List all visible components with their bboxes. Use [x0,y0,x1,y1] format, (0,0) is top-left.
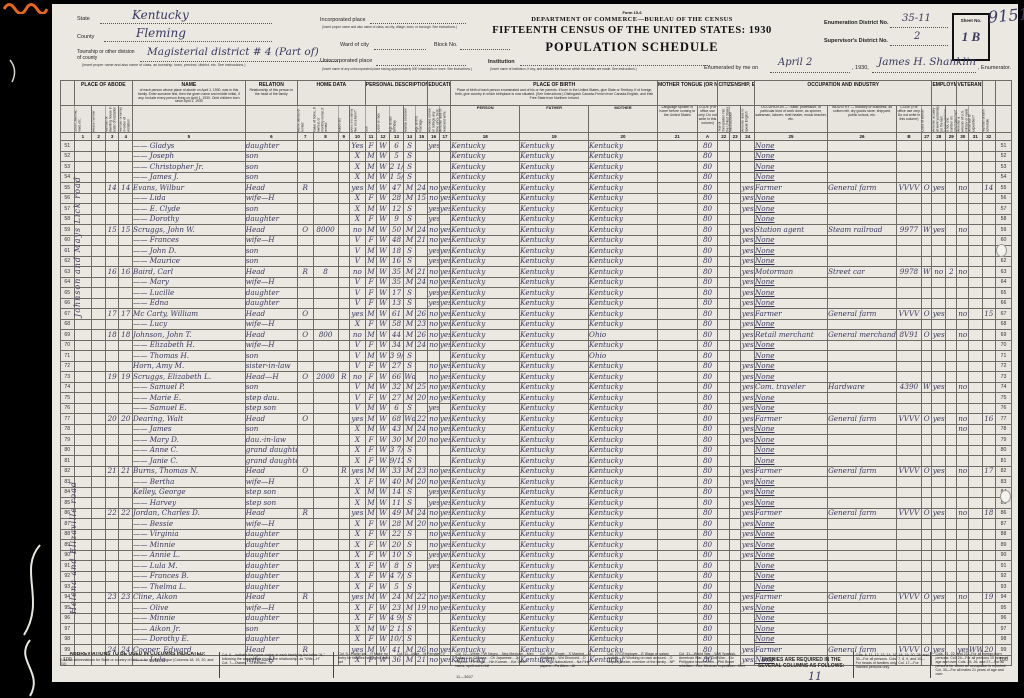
cell-race: W [377,540,390,551]
cell-age: 61 [389,309,404,320]
cell-emp [932,351,946,362]
cell-race: W [377,172,390,183]
cell-sch: yes [428,141,439,152]
scan-artifact-squiggles [0,0,52,698]
cell-hn [92,183,106,194]
cell-tong [657,256,697,267]
cell-occ: Farmer [755,414,828,425]
cell-codea: 80 [697,519,718,530]
cell-sch: yes [428,204,439,215]
cell-war [968,351,982,362]
cell-race: W [377,424,390,435]
cell-codea: 80 [697,403,718,414]
cell-codeb: VVVV [896,592,921,603]
column-subhead [133,106,246,133]
cell-vet: no [957,309,968,320]
cell-afm: 20 [415,435,428,446]
cell-sex: M [365,424,376,435]
cell-sex: F [365,561,376,572]
cell-mar: M [404,319,415,330]
cell-war [968,508,982,519]
table-row: 81—— Janie C.grand daughterXFW9/12SKentu… [61,456,1012,467]
column-number: 2 [92,133,106,141]
cell-fsn [982,571,996,582]
cell-dw: 22 [105,508,119,519]
cell-fsn [982,214,996,225]
cell-hn [92,603,106,614]
cell-cls: W [921,382,931,393]
cell-fm: X [350,519,366,530]
cell-afm: 24 [415,424,428,435]
cell-war [968,235,982,246]
cell-fam [119,256,133,267]
sheet-header: State Kentucky County Fleming Township o… [52,4,1018,80]
cell-occ: None [755,550,828,561]
table-row: 551414Evans, WilburHeadRyesMW47M24noyesK… [61,183,1012,194]
cell-eng: yes [741,309,755,320]
cell-pob: Kentucky [451,235,520,246]
column-group: OCCUPATION AND INDUSTRY [755,81,932,106]
cell-emp2 [946,550,957,561]
cell-war [968,246,982,257]
cell-hn [92,456,106,467]
column-subhead: CODE (For office use only. Do not write … [896,106,921,133]
cell-own: O [297,372,313,383]
cell-vet: no [957,183,968,194]
column-group: EDUCATION [428,81,451,106]
cell-codea: 80 [697,414,718,425]
cell-nat [729,193,740,204]
cell-fam: 14 [119,183,133,194]
column-number: 17 [439,133,450,141]
cell-eng [741,456,755,467]
cell-nat [729,498,740,509]
cell-ln2: 98 [996,634,1012,645]
cell-afm [415,487,428,498]
cell-rel: son [245,351,297,362]
cell-rad [338,319,349,330]
cell-emp [932,298,946,309]
cell-race: W [377,634,390,645]
cell-own [297,193,313,204]
cell-fsn [982,277,996,288]
cell-ln2: 68 [996,319,1012,330]
cell-own [297,382,313,393]
column-group: CITIZENSHIP, ETC. [718,81,755,106]
cell-pobm: Kentucky [589,361,658,372]
column-subhead: FATHER [520,106,589,133]
table-row: 72Horn, Amy M.sister-in-lawVFW27SnoyesKe… [61,361,1012,372]
cell-age: 23 [389,603,404,614]
cell-pobf: Kentucky [520,204,589,215]
cell-afm [415,351,428,362]
cell-fsn [982,172,996,183]
cell-val [313,540,338,551]
cell-yri [718,309,729,320]
cell-rad [338,456,349,467]
cell-own [297,435,313,446]
table-row: 52—— JosephsonXMW5SKentuckyKentuckyKentu… [61,151,1012,162]
cell-eng [741,561,755,572]
cell-eng: yes [741,277,755,288]
cell-fm: yes [350,466,366,477]
column-number: 31 [968,133,982,141]
cell-emp2 [946,225,957,236]
cell-emp [932,550,946,561]
cell-race: W [377,435,390,446]
column-subhead: Class of worker [921,106,931,133]
cell-pob: Kentucky [451,456,520,467]
cell-afm [415,529,428,540]
cell-codeb [896,351,921,362]
cell-afm [415,624,428,635]
column-subhead: If not, line number on Unemployment Sche… [946,106,957,133]
cell-ln2: 57 [996,204,1012,215]
cell-hn [92,162,106,173]
cell-tong [657,267,697,278]
cell-eng: yes [741,382,755,393]
cell-ln: 75 [61,393,75,404]
cell-fam [119,582,133,593]
cell-pob: Kentucky [451,613,520,624]
cell-ln2: 89 [996,540,1012,551]
cell-rel: daughter [245,141,297,152]
cell-sch: no [428,319,439,330]
cell-own: O [297,414,313,425]
column-number: 12 [377,133,390,141]
cell-pobf: Kentucky [520,634,589,645]
cell-emp [932,424,946,435]
cell-fam [119,288,133,299]
cell-emp: yes [932,382,946,393]
cell-sch [428,162,439,173]
cell-codea: 80 [697,330,718,341]
cell-pobm: Kentucky [589,372,658,383]
cell-dw [105,214,119,225]
cell-pobf: Kentucky [520,246,589,257]
cell-codeb: VVVV [896,183,921,194]
cell-val [313,277,338,288]
ed-value: 35-11 [902,13,931,24]
cell-rad [338,624,349,635]
cell-hn [92,382,106,393]
column-group: MOTHER TONGUE (OR NATIVE LANGUAGE) OF FO… [657,81,718,106]
cell-fam [119,235,133,246]
cell-fm: X [350,193,366,204]
cell-vet [957,403,968,414]
table-row: 98—— Dorothy E.daughterXFW10/12SKentucky… [61,634,1012,645]
cell-fam [119,424,133,435]
cell-pob: Kentucky [451,435,520,446]
cell-name: —— Elizabeth H. [133,340,246,351]
cell-ln2: 92 [996,571,1012,582]
cell-ind: Steam railroad [828,225,897,236]
cell-nat [729,172,740,183]
unincorporated-label: Unincorporated place [320,58,372,64]
cell-war [968,498,982,509]
cell-rad [338,340,349,351]
cell-codeb [896,214,921,225]
cell-codeb: VVVV [896,508,921,519]
cell-yri [718,225,729,236]
cell-codeb [896,571,921,582]
column-number: 24 [741,133,755,141]
cell-pobm: Kentucky [589,319,658,330]
cell-ln2: 56 [996,193,1012,204]
cell-codea: 80 [697,298,718,309]
cell-tong [657,151,697,162]
cell-emp2 [946,319,957,330]
cell-codea: 80 [697,309,718,320]
cell-own [297,340,313,351]
cell-rel: wife—H [245,340,297,351]
cell-pobm: Kentucky [589,151,658,162]
cell-own [297,634,313,645]
cell-cls [921,372,931,383]
cell-name: —— Mary [133,277,246,288]
table-row: 90—— Annie L.daughterXFW10SyesyesKentuck… [61,550,1012,561]
cell-tong [657,519,697,530]
cell-codeb [896,403,921,414]
column-subhead: Street, avenue, road, etc. [74,106,92,133]
cell-ind [828,634,897,645]
cell-vet: no [957,225,968,236]
cell-ind [828,319,897,330]
cell-age: 9 [389,214,404,225]
cell-val [313,351,338,362]
cell-cls: O [921,183,931,194]
cell-vet: no [957,508,968,519]
cell-fam [119,214,133,225]
cell-ln2: 91 [996,561,1012,572]
cell-cls [921,624,931,635]
cell-fm: X [350,319,366,330]
cell-eng: yes [741,477,755,488]
cell-rad: R [338,466,349,477]
cell-race: W [377,330,390,341]
cell-rel: daughter [245,214,297,225]
cell-own: O [297,330,313,341]
cell-pobm: Kentucky [589,414,658,425]
cell-mar: M [404,424,415,435]
cell-age: 58 [389,319,404,330]
cell-emp: yes [932,309,946,320]
cell-emp [932,277,946,288]
cell-eng: yes [741,498,755,509]
header-colnum-row: 123456789101112131415161718192021A222324… [61,133,1012,141]
cell-nat [729,435,740,446]
cell-eng: yes [741,393,755,404]
cell-pobm: Ohio [589,330,658,341]
cell-codea: 80 [697,340,718,351]
census-title: FIFTEENTH CENSUS OF THE UNITED STATES: 1… [442,25,822,36]
table-row: 66—— EdnadaughterVFW13SyesyesKentuckyKen… [61,298,1012,309]
cell-codeb [896,456,921,467]
cell-age: 40 [389,477,404,488]
cell-age: 20 [389,540,404,551]
cell-tong [657,204,697,215]
cell-val [313,256,338,267]
incorporated-label: Incorporated place [320,17,366,23]
cell-codeb: 4390 [896,382,921,393]
margin-note-road-2: Helena and Elizaville road [69,440,78,656]
enumerated-date: April 2 [778,57,812,68]
cell-vet [957,571,968,582]
cell-emp2 [946,435,957,446]
cell-rel: son [245,382,297,393]
cell-fm: V [350,351,366,362]
cell-age: 28 [389,519,404,530]
column-subhead: Whether actually at work yesterday (or t… [932,106,946,133]
cell-fm: no [350,330,366,341]
cell-rw: yes [439,246,450,257]
column-number: 19 [520,133,589,141]
column-number: 15 [415,133,428,141]
cell-fam [119,445,133,456]
cell-val [313,571,338,582]
cell-emp2 [946,340,957,351]
cell-race: W [377,235,390,246]
cell-fsn [982,624,996,635]
cell-pobf: Kentucky [520,151,589,162]
cell-codea: 80 [697,456,718,467]
cell-ind: General farm [828,508,897,519]
cell-st [74,351,92,362]
cell-codeb [896,529,921,540]
cell-own: O [297,466,313,477]
cell-ln2: 83 [996,477,1012,488]
cell-emp2 [946,193,957,204]
cell-sex: F [365,613,376,624]
cell-rw: yes [439,204,450,215]
cell-own [297,571,313,582]
cell-rw: yes [439,309,450,320]
cell-hn [92,634,106,645]
cell-occ: None [755,456,828,467]
cell-rel: sister-in-law [245,361,297,372]
cell-emp2 [946,351,957,362]
cell-occ: None [755,372,828,383]
cell-pobm: Ohio [589,351,658,362]
cell-rad [338,435,349,446]
cell-fm: V [350,340,366,351]
cell-occ: None [755,571,828,582]
cell-ind [828,277,897,288]
cell-rw [439,571,450,582]
cell-val [313,582,338,593]
cell-hn [92,529,106,540]
cell-codea: 80 [697,172,718,183]
cell-name: —— E. Clyde [133,204,246,215]
header-subhead-row: Street, avenue, road, etc.House numberNu… [61,106,1012,133]
cell-eng: yes [741,193,755,204]
cell-mar: S [404,550,415,561]
cell-mar: M [404,603,415,614]
cell-mar: M [404,435,415,446]
cell-mar: S [404,246,415,257]
cell-cls: O [921,592,931,603]
cell-fm: X [350,445,366,456]
cell-dw [105,151,119,162]
table-row: 68—— Lucywife—HXFW58M23noyesKentuckyKent… [61,319,1012,330]
cell-ind [828,246,897,257]
cell-pobm: Kentucky [589,183,658,194]
cell-yri [718,151,729,162]
cell-tong [657,340,697,351]
cell-ind [828,151,897,162]
cell-race: W [377,277,390,288]
cell-occ: Farmer [755,592,828,603]
cell-fsn [982,613,996,624]
cell-codeb [896,445,921,456]
cell-rel: step dau. [245,393,297,404]
cell-codea: 80 [697,393,718,404]
cell-pobm: Kentucky [589,582,658,593]
cell-pob: Kentucky [451,540,520,551]
cell-mar: S [404,561,415,572]
cell-own [297,561,313,572]
column-subhead: Year of immigration into the United Stat… [718,106,729,133]
cell-pobm: Kentucky [589,435,658,446]
cell-cls [921,246,931,257]
cell-pob: Kentucky [451,340,520,351]
cell-nat [729,393,740,404]
cell-codeb: 9977 [896,225,921,236]
cell-tong [657,382,697,393]
cell-fam [119,613,133,624]
cell-rad [338,550,349,561]
cell-eng: yes [741,330,755,341]
cell-race: W [377,582,390,593]
cell-sex: F [365,193,376,204]
cell-vet [957,372,968,383]
cell-afm [415,214,428,225]
cell-fsn [982,193,996,204]
cell-fam [119,540,133,551]
cell-pobm: Kentucky [589,592,658,603]
cell-rw: yes [439,592,450,603]
cell-own [297,582,313,593]
table-row: 57—— E. ClydesonXMW12SyesyesKentuckyKent… [61,204,1012,215]
cell-sex: M [365,246,376,257]
cell-ind [828,456,897,467]
cell-rad [338,603,349,614]
cell-nat [729,414,740,425]
cell-yri [718,351,729,362]
cell-val [313,561,338,572]
cell-emp2 [946,330,957,341]
cell-nat [729,403,740,414]
cell-rw [439,456,450,467]
cell-race: W [377,193,390,204]
cell-war [968,603,982,614]
cell-rad [338,540,349,551]
cell-ind [828,624,897,635]
cell-war [968,403,982,414]
cell-codeb [896,634,921,645]
cell-emp2 [946,592,957,603]
cell-emp2 [946,603,957,614]
cell-emp: yes [932,466,946,477]
cell-occ: None [755,256,828,267]
cell-war [968,162,982,173]
cell-pobf: Kentucky [520,519,589,530]
cell-mar: M [404,235,415,246]
cell-pobm: Kentucky [589,498,658,509]
cell-nat [729,361,740,372]
cell-own [297,214,313,225]
cell-pob: Kentucky [451,351,520,362]
